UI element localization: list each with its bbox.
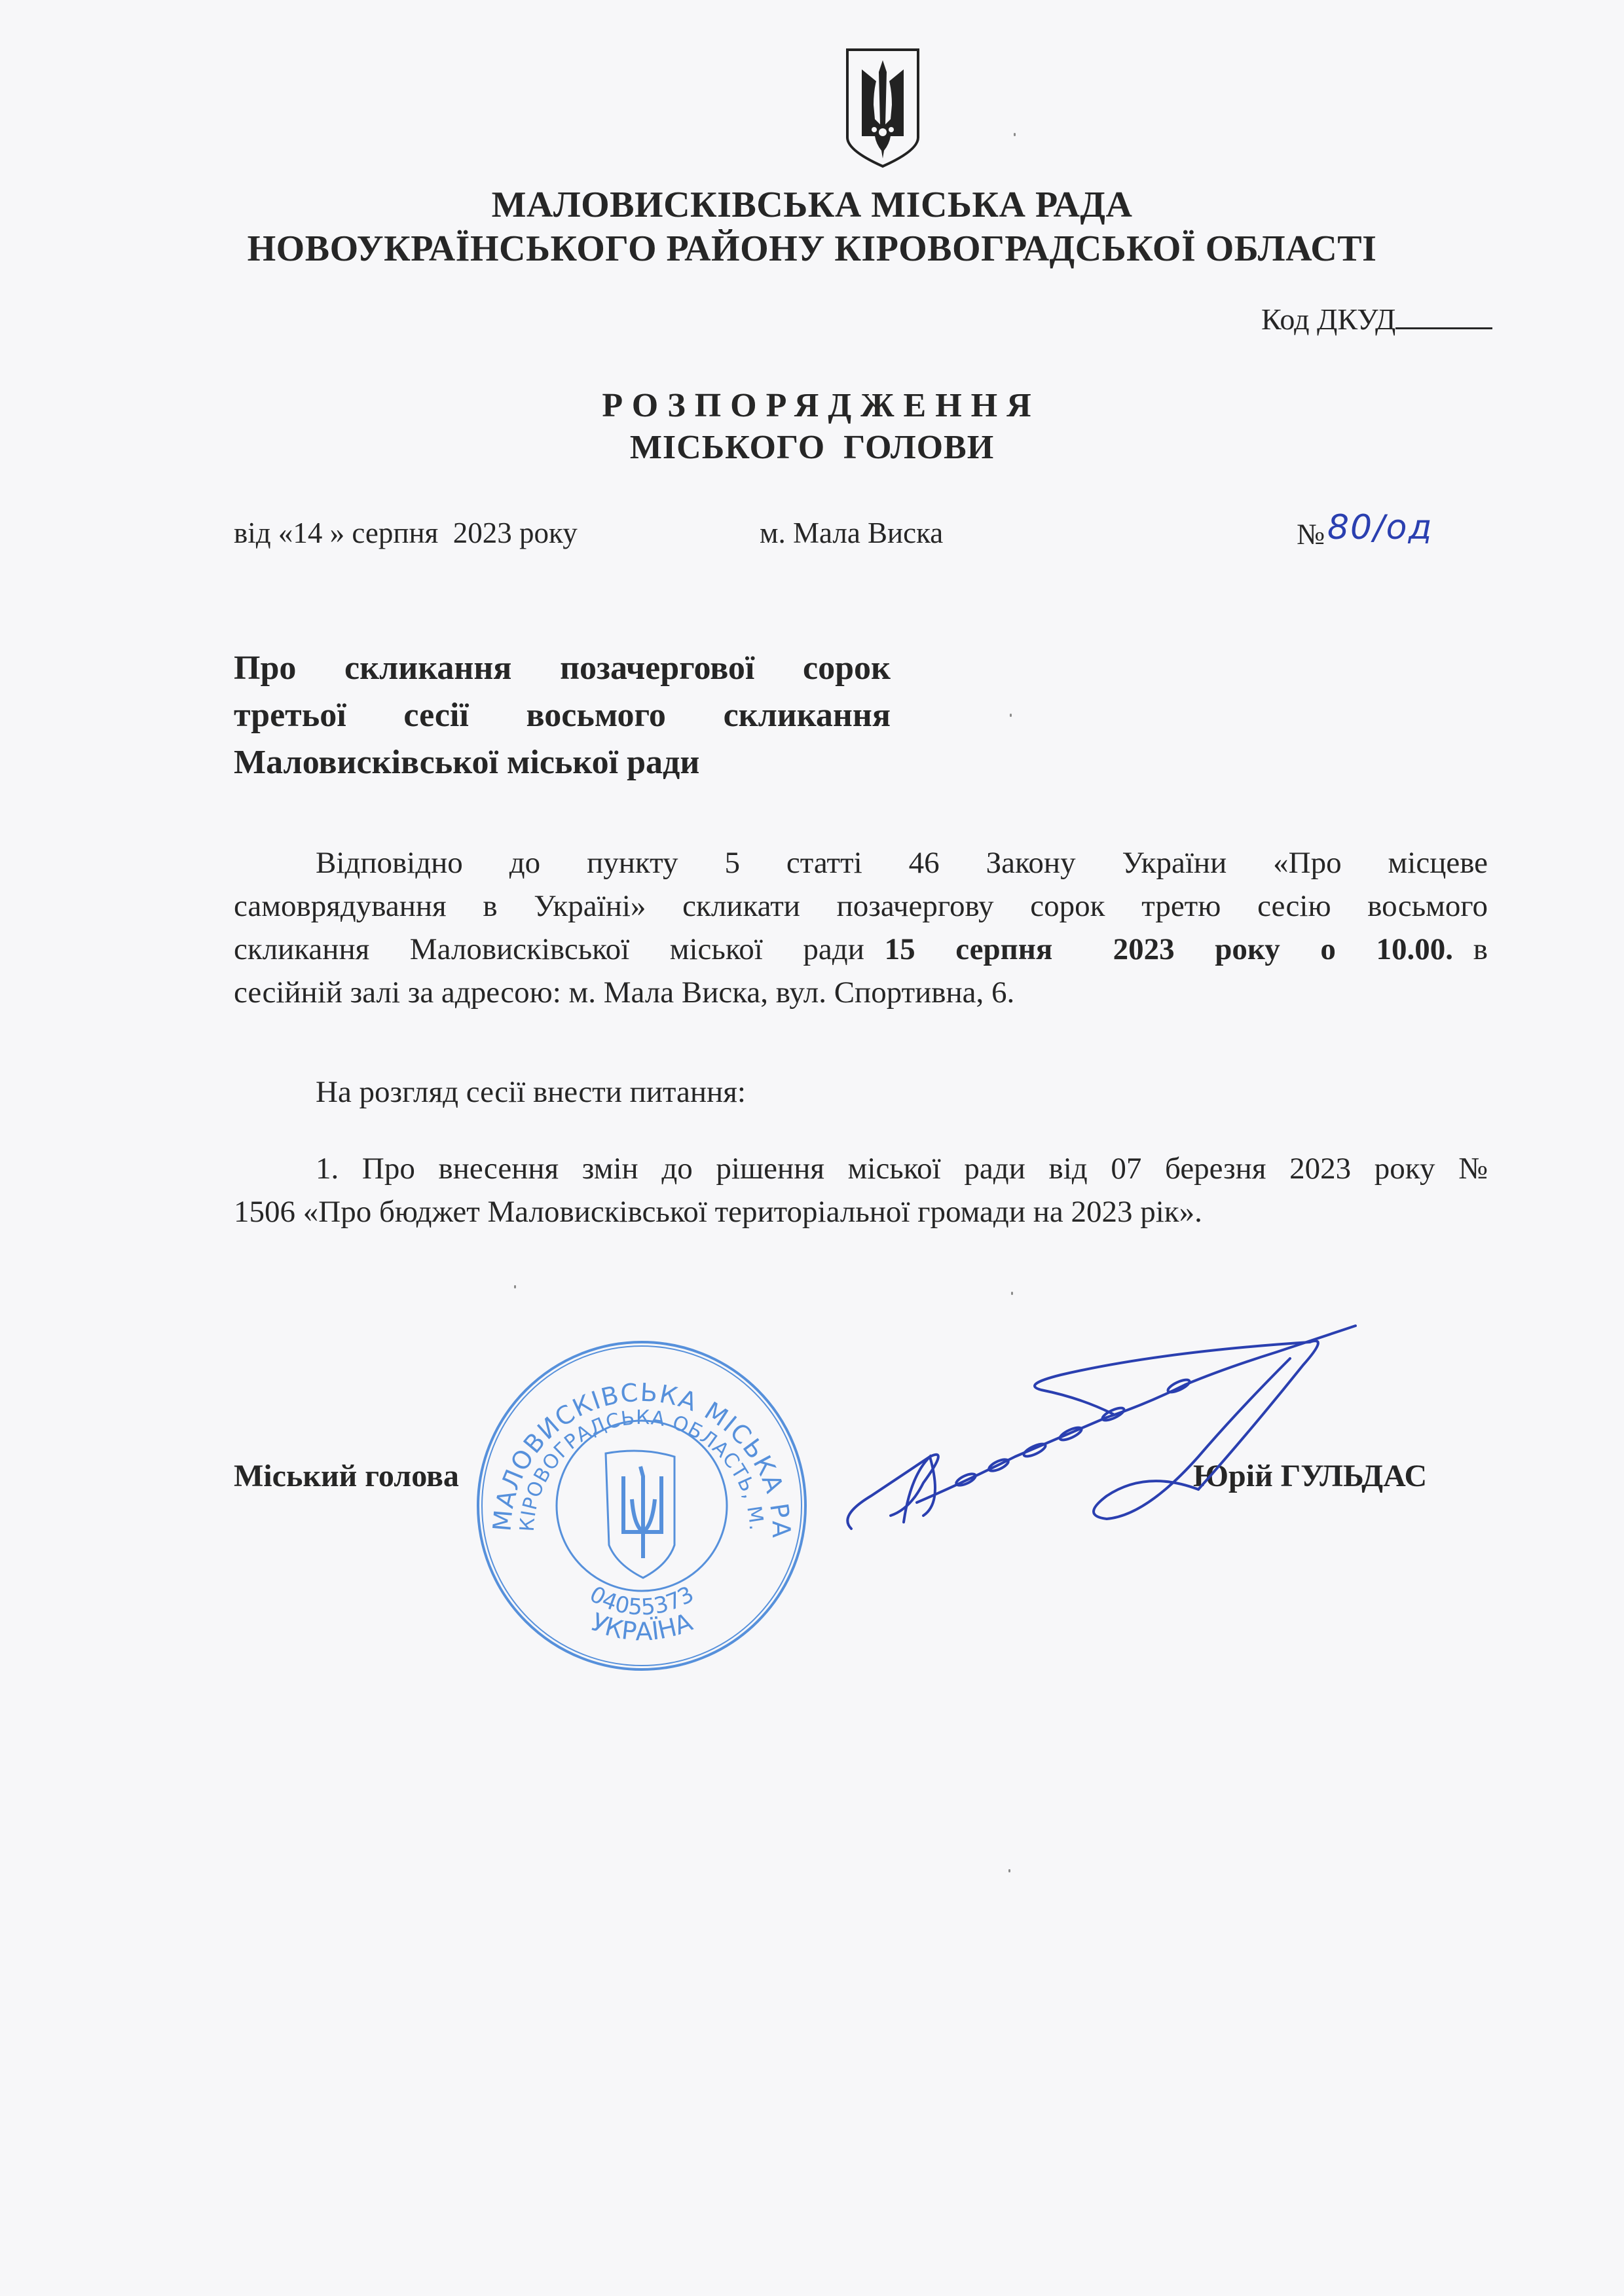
paragraph-line: самоврядування в Україні» скликати позач…	[234, 884, 1488, 928]
official-stamp: МАЛОВИСКІВСЬКА МІСЬКА РАДА КІРОВОГРАДСЬК…	[471, 1336, 812, 1676]
stamp-trident-icon	[606, 1451, 674, 1578]
subject-line: Про скликання позачергової сорок	[234, 645, 891, 692]
document-number: №80/од	[1297, 515, 1433, 553]
organization-line-1: МАЛОВИСКІВСЬКА МІСЬКА РАДА	[0, 182, 1624, 228]
agenda-line: 1. Про внесення змін до рішення міської …	[234, 1147, 1488, 1190]
document-subtitle: МІСЬКОГО ГОЛОВИ	[0, 427, 1624, 469]
scan-speck	[1011, 1292, 1013, 1295]
paragraph-agenda-intro: На розгляд сесії внести питання:	[234, 1070, 1570, 1114]
handwritten-number: 80/од	[1327, 508, 1433, 547]
dkud-code-field: Код ДКУД	[1261, 300, 1492, 337]
scan-speck	[514, 1285, 516, 1288]
session-date-time: 15 серпня 2023 року о 10.00.	[885, 932, 1453, 966]
scan-speck	[1014, 133, 1016, 136]
agenda-line: 1506 «Про бюджет Маловисківської територ…	[234, 1190, 1488, 1233]
organization-line-2: НОВОУКРАЇНСЬКОГО РАЙОНУ КІРОВОГРАДСЬКОЇ …	[0, 226, 1624, 272]
paragraph-line: сесійній залі за адресою: м. Мала Виска,…	[234, 971, 1488, 1014]
document-city: м. Мала Виска	[760, 515, 943, 551]
document-date: від «14 » серпня 2023 року	[234, 515, 578, 551]
scan-speck	[1010, 714, 1012, 717]
document-subject: Про скликання позачергової сорок третьої…	[234, 645, 891, 786]
agenda-item: 1. Про внесення змін до рішення міської …	[234, 1147, 1488, 1233]
text-regular: скликання Маловисківської міської ради	[234, 932, 885, 966]
dkud-blank-line	[1395, 300, 1492, 329]
paragraph-line: Відповідно до пункту 5 статті 46 Закону …	[234, 841, 1488, 884]
coat-of-arms-trident-icon	[843, 46, 922, 170]
handwritten-signature	[832, 1306, 1375, 1548]
number-sign: №	[1297, 518, 1325, 551]
subject-line: третьої сесії восьмого скликання	[234, 692, 891, 739]
text-regular: в	[1453, 932, 1488, 966]
subject-line: Маловисківської міської ради	[234, 739, 891, 786]
signatory-role: Міський голова	[234, 1457, 459, 1496]
paragraph-convocation: Відповідно до пункту 5 статті 46 Закону …	[234, 841, 1488, 1014]
document-title: РОЗПОРЯДЖЕННЯ	[0, 385, 1624, 427]
dkud-label: Код ДКУД	[1261, 302, 1395, 336]
scan-speck	[1008, 1869, 1010, 1872]
paragraph-line: скликання Маловисківської міської ради 1…	[234, 928, 1488, 971]
